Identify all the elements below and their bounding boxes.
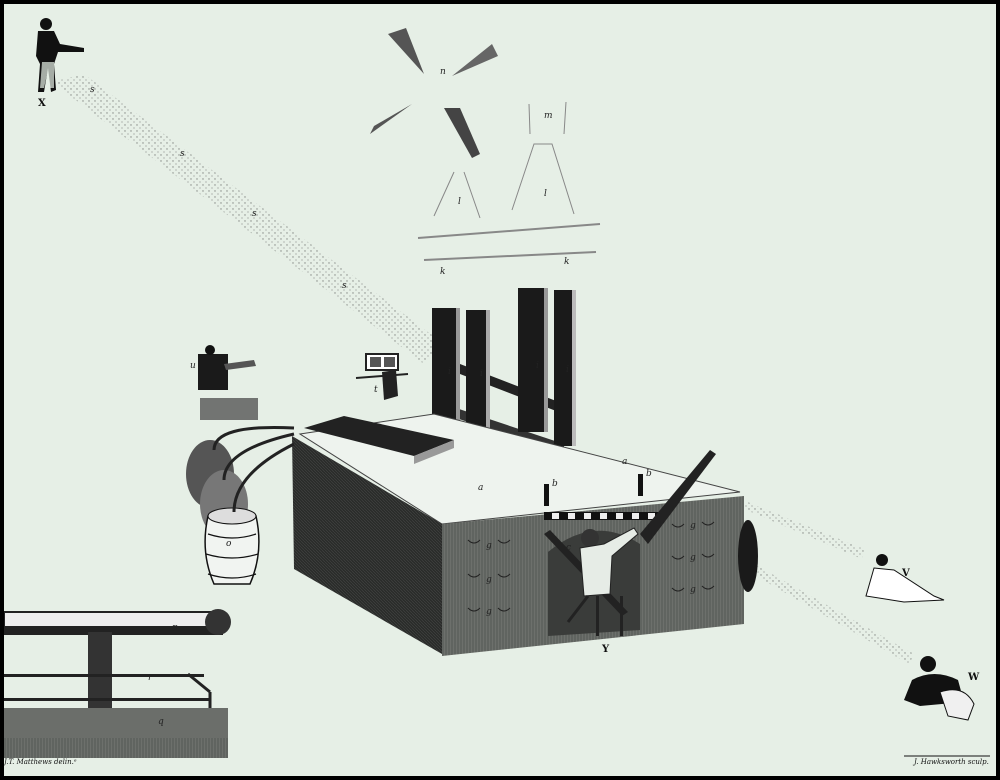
- svg-text:Y: Y: [601, 644, 610, 655]
- svg-text:b: b: [646, 469, 652, 479]
- svg-text:g: g: [486, 575, 492, 585]
- svg-text:m: m: [544, 111, 553, 121]
- svg-text:r: r: [148, 673, 153, 683]
- figure-w: W: [904, 656, 980, 720]
- svg-text:i: i: [536, 361, 539, 371]
- svg-text:l: l: [458, 197, 461, 207]
- air-loom-engraving: X s s s s n l l m k k i i: [4, 4, 996, 776]
- svg-text:q: q: [158, 717, 164, 727]
- svg-text:X: X: [38, 98, 46, 109]
- svg-text:V: V: [901, 568, 910, 579]
- svg-text:i: i: [566, 365, 569, 375]
- svg-text:p: p: [172, 623, 178, 633]
- ray-s: [52, 74, 444, 364]
- air-loom-cabinet: g g g g g g a a b b c: [292, 414, 758, 656]
- svg-text:i: i: [448, 367, 451, 377]
- striped-bar: [544, 512, 664, 520]
- svg-text:n: n: [440, 67, 446, 77]
- svg-text:s: s: [90, 85, 95, 95]
- towers: l l m k k: [418, 102, 600, 277]
- svg-text:g: g: [690, 585, 696, 595]
- barrels: o: [186, 427, 294, 584]
- svg-text:W: W: [967, 672, 980, 683]
- svg-text:a: a: [622, 457, 627, 467]
- svg-text:g: g: [690, 553, 696, 563]
- svg-text:g: g: [486, 541, 492, 551]
- svg-text:a: a: [478, 483, 483, 493]
- windmill-sails: n: [370, 28, 498, 158]
- svg-text:g: g: [690, 521, 696, 531]
- magnet-gun: p r q: [4, 609, 231, 758]
- svg-text:g: g: [486, 607, 492, 617]
- svg-text:t: t: [374, 385, 378, 395]
- svg-text:b: b: [552, 479, 558, 489]
- engraving-frame: X s s s s n l l m k k i i: [4, 4, 996, 776]
- figure-u: u: [190, 345, 258, 420]
- svg-text:i: i: [480, 369, 483, 379]
- figure-v: V: [866, 554, 944, 602]
- svg-text:k: k: [440, 267, 445, 277]
- svg-text:u: u: [190, 361, 196, 371]
- svg-text:s: s: [252, 209, 257, 219]
- ray-to-v: [740, 499, 864, 559]
- svg-text:s: s: [180, 149, 185, 159]
- svg-text:k: k: [564, 257, 569, 267]
- credit-artist: J.T. Matthews delin.ᵉ: [4, 758, 77, 766]
- svg-text:o: o: [226, 539, 232, 549]
- svg-text:s: s: [342, 281, 347, 291]
- svg-text:l: l: [544, 189, 547, 199]
- credit-engraver: J. Hawksworth sculp.: [914, 758, 989, 766]
- figure-t: t: [356, 354, 408, 400]
